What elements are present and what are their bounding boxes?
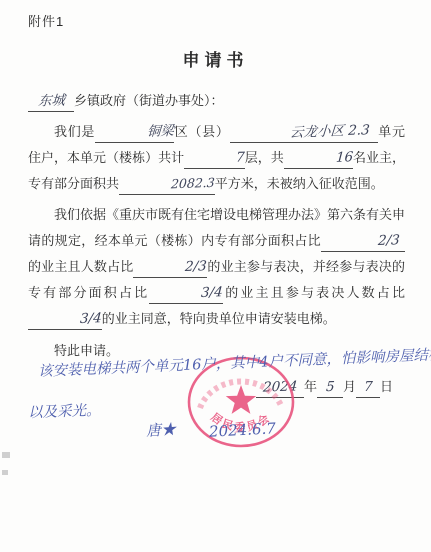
month-blank: 5 xyxy=(317,379,343,398)
handwritten-fraction3: 3/4 xyxy=(175,284,224,302)
scan-artifact xyxy=(2,452,10,458)
vote-ratio-paragraph: 我们依据《重庆市既有住宅增设电梯管理办法》第六条有关申请的规定，经本单元（楼栋）… xyxy=(28,202,405,332)
fraction2-blank: 2/3 xyxy=(133,259,207,278)
address-blank: 云龙小区 2.3 xyxy=(230,124,378,143)
star-icon xyxy=(226,385,256,414)
reviewer-signoff: 唐★ 2024.6.7 xyxy=(146,419,276,440)
text-run: 平方米，未被纳入征收范围。 xyxy=(215,176,384,191)
fraction3-blank: 3/4 xyxy=(149,285,223,304)
recipient-blank: 东城 xyxy=(28,93,74,112)
scanned-application-document: 附件1 申请书 东城乡镇政府（街道办事处）： 我们是铜梁区（县）云龙小区 2.3… xyxy=(0,0,431,552)
text-run: 的业主且参与表决人数占比 xyxy=(223,285,405,300)
salutation-text: 乡镇政府（街道办事处）： xyxy=(74,93,224,108)
handwritten-fraction4: 3/4 xyxy=(53,310,102,328)
handwritten-address: 云龙小区 2.3 xyxy=(263,122,370,142)
handwritten-owners: 16 xyxy=(309,149,353,167)
district-blank: 铜梁 xyxy=(95,124,174,143)
text-run: 区（县） xyxy=(174,124,229,139)
handwritten-month: 5 xyxy=(325,379,335,395)
day-label: 日 xyxy=(380,379,393,394)
unit-info-paragraph: 我们是铜梁区（县）云龙小区 2.3单元住户，本单元（楼栋）共计7层，共16名业主… xyxy=(28,119,405,197)
handwritten-review-note: 该安装电梯共两个单元16户，其中4户不同意，怕影响房屋结构的外观 以及采光。 xyxy=(20,360,431,381)
handwritten-fraction2: 2/3 xyxy=(159,258,208,276)
floors-blank: 7 xyxy=(184,150,245,169)
text-run: 的业主且人数占比 xyxy=(28,259,133,274)
fraction1-blank: 2/3 xyxy=(321,233,405,252)
note-line-2: 以及采光。 xyxy=(28,399,101,423)
handwritten-fraction1: 2/3 xyxy=(352,232,401,250)
handwritten-signature: 唐★ xyxy=(145,418,176,441)
handwritten-day: 7 xyxy=(363,379,373,395)
month-label: 月 xyxy=(343,379,356,394)
document-title: 申请书 xyxy=(0,46,431,71)
text-run: 层，共 xyxy=(245,150,284,165)
text-run: 我们是 xyxy=(54,124,95,139)
owners-blank: 16 xyxy=(284,150,353,169)
handwritten-sign-date: 2024.6.7 xyxy=(208,419,276,440)
handwritten-area: 2082.3 xyxy=(144,175,215,193)
handwritten-floors: 7 xyxy=(210,149,246,166)
handwritten-district: 铜梁 xyxy=(121,123,175,141)
fraction4-blank: 3/4 xyxy=(28,311,102,330)
area-blank: 2082.3 xyxy=(119,176,215,195)
year-label: 年 xyxy=(304,379,317,394)
scan-artifact xyxy=(2,470,8,475)
day-blank: 7 xyxy=(356,379,380,398)
text-run: 的业主同意，特向贵单位申请安装电梯。 xyxy=(102,311,336,326)
attachment-label: 附件1 xyxy=(28,11,64,30)
salutation-line: 东城乡镇政府（街道办事处）： xyxy=(28,88,405,114)
handwritten-recipient: 东城 xyxy=(37,93,65,110)
